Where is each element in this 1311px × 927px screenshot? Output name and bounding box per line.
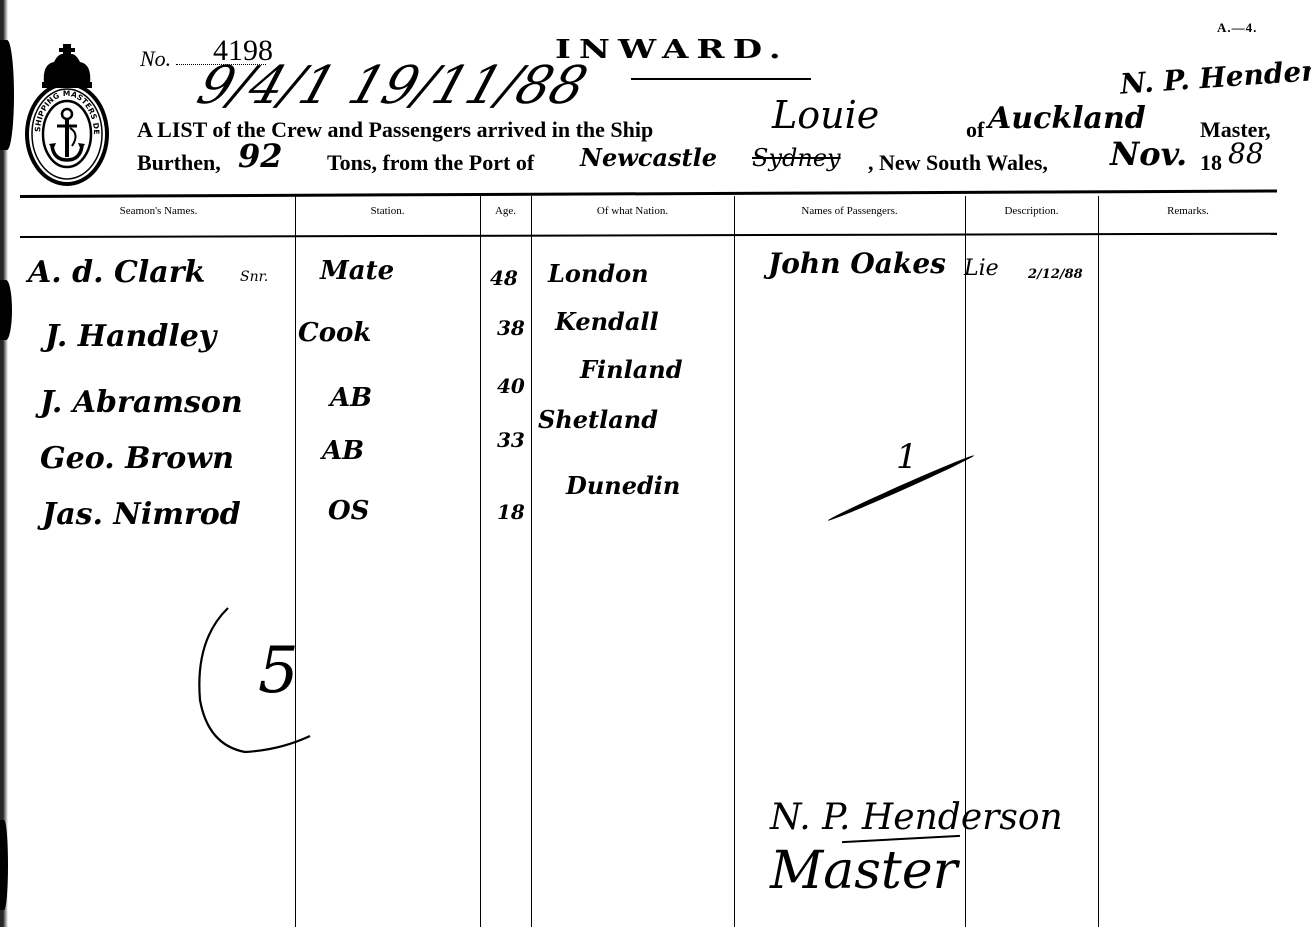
column-header-description: Description. <box>965 205 1098 217</box>
station: Mate <box>320 258 394 284</box>
page-title: INWARD. <box>555 34 789 65</box>
age: 48 <box>490 268 518 288</box>
seaman-name: Geo. Brown <box>40 444 234 474</box>
nation: London <box>548 262 649 286</box>
scan-artifact <box>0 280 12 340</box>
state-label: , New South Wales, <box>868 150 1048 176</box>
number-label: No. <box>140 46 171 72</box>
table-top-rule <box>20 190 1277 198</box>
station: AB <box>330 385 372 411</box>
passenger-remark-date: 2/12/88 <box>1028 268 1083 281</box>
crew-passenger-list-document: SHIPPING MASTERS DEPARTMENT · SYDNEY · A… <box>0 0 1311 927</box>
month: Nov. <box>1110 138 1187 170</box>
column-divider <box>734 196 735 927</box>
from-port-crossed-out: Sydney <box>752 146 841 170</box>
handwritten-date-stamp: 9/4/1 19/11/88 <box>192 60 593 112</box>
station: OS <box>328 498 369 524</box>
passenger-total-mark: 1 <box>896 440 918 474</box>
burthen-label: Burthen, <box>137 150 221 176</box>
tons-label: Tons, from the Port of <box>327 150 534 176</box>
from-port: Newcastle <box>580 146 717 170</box>
seaman-name: J. Abramson <box>40 388 243 418</box>
nation: Kendall <box>555 310 659 334</box>
column-header-station: Station. <box>295 205 480 217</box>
passenger-name: John Oakes <box>768 250 946 278</box>
nation: Shetland <box>538 408 658 432</box>
column-header-remarks: Remarks. <box>1098 205 1278 217</box>
svg-text:5: 5 <box>258 634 299 708</box>
tons-value: 92 <box>238 140 283 172</box>
home-port: Auckland <box>988 104 1146 134</box>
title-underline <box>631 78 811 80</box>
ship-name: Louie <box>772 96 879 134</box>
seaman-name: J. Handley <box>45 322 216 352</box>
nation: Finland <box>580 358 683 382</box>
column-header-age: Age. <box>480 205 531 217</box>
seaman-name: A. d. Clark <box>28 258 205 288</box>
year-prefix: 18 <box>1200 150 1222 176</box>
column-header-nation: Of what Nation. <box>531 205 734 217</box>
column-divider <box>480 196 481 927</box>
column-header-passenger-names: Names of Passengers. <box>734 205 965 217</box>
scan-artifact <box>0 40 14 150</box>
station: Cook <box>298 320 371 346</box>
column-divider <box>295 196 296 927</box>
age: 18 <box>497 502 525 522</box>
form-code: A.—4. <box>1217 20 1257 36</box>
column-header-seamen-names: Seamon's Names. <box>22 205 295 217</box>
anchor-crown-icon: SHIPPING MASTERS DEPARTMENT · SYDNEY · <box>22 42 112 187</box>
column-divider <box>531 196 532 927</box>
year-suffix: 88 <box>1228 140 1264 168</box>
signature-title: Master <box>770 845 957 897</box>
station: AB <box>322 438 364 464</box>
passenger-description: Lie <box>964 258 999 280</box>
age: 40 <box>497 376 525 396</box>
crew-total-mark: 5 <box>190 600 320 760</box>
seaman-name: Jas. Nimrod <box>42 500 241 530</box>
of-label: of <box>966 117 984 143</box>
scan-artifact <box>0 820 8 910</box>
table-header-bottom-rule <box>20 233 1277 238</box>
master-name: N. P. Henderson <box>1119 53 1311 98</box>
seaman-name-note: Snr. <box>240 270 268 284</box>
age: 38 <box>497 318 525 338</box>
signature-name: N. P. Henderson <box>770 800 1063 836</box>
nation: Dunedin <box>566 474 680 498</box>
heading-line1-prefix: A LIST of the Crew and Passengers arrive… <box>137 117 653 143</box>
column-divider <box>1098 196 1099 927</box>
age: 33 <box>497 430 525 450</box>
